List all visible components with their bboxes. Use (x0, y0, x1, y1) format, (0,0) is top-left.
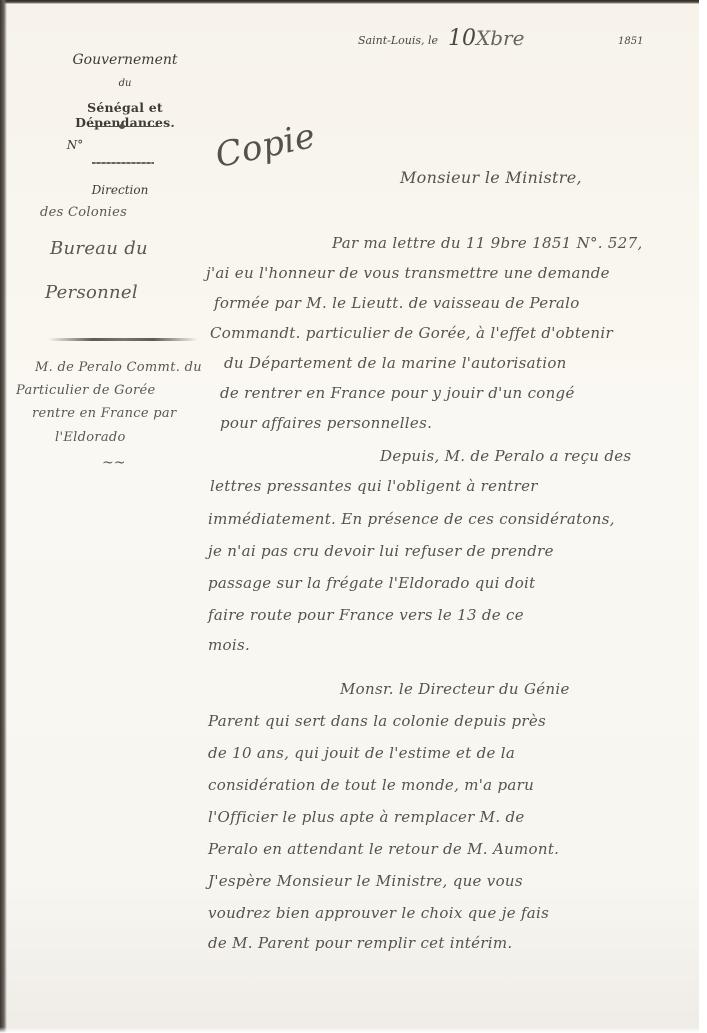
place: Saint-Louis, le (358, 34, 438, 47)
letterhead-du: du (100, 78, 150, 89)
letterhead-ornament-rule (88, 126, 158, 127)
body-line: Monsr. le Directeur du Génie (340, 680, 570, 698)
letterhead-number-label: N° (60, 138, 90, 152)
body-line: J'espère Monsieur le Ministre, que vous (208, 872, 523, 890)
salutation: Monsieur le Ministre, (400, 168, 582, 187)
body-line: de M. Parent pour remplir cet intérim. (208, 934, 512, 952)
body-line: de 10 ans, qui jouit de l'estime et de l… (208, 744, 515, 762)
margin-end-mark: ~~ (102, 455, 125, 471)
margin-flourish (48, 338, 198, 341)
body-line: Par ma lettre du 11 9bre 1851 N°. 527, (332, 234, 643, 252)
body-line: Parent qui sert dans la colonie depuis p… (208, 712, 546, 730)
margin-bureau-line2: Personnel (45, 282, 138, 303)
body-line: considération de tout le monde, m'a paru (208, 776, 534, 794)
letterhead-direction: Direction (70, 183, 170, 197)
body-line: lettres pressantes qui l'obligent à rent… (210, 477, 538, 495)
body-line: formée par M. le Lieutt. de vaisseau de … (214, 294, 580, 312)
body-line: faire route pour France vers le 13 de ce (208, 606, 524, 624)
letterhead-government: Gouvernement (70, 52, 180, 68)
date-year: 1851 (618, 36, 643, 47)
body-line: immédiatement. En présence de ces consid… (208, 510, 615, 528)
body-line: j'ai eu l'honneur de vous transmettre un… (206, 264, 610, 282)
body-line: passage sur la frégate l'Eldorado qui do… (208, 574, 535, 592)
margin-summary-4: l'Eldorado (55, 430, 126, 445)
scan-bottom-edge (0, 1027, 707, 1033)
letterhead-number-rule (92, 162, 154, 164)
body-line: du Département de la marine l'autorisati… (224, 354, 567, 372)
date-day: 10 (448, 26, 476, 51)
body-line: Depuis, M. de Peralo a reçu des (380, 447, 631, 465)
body-line: mois. (208, 636, 250, 654)
margin-summary-3: rentre en France par (32, 406, 177, 421)
margin-summary-2: Particulier de Gorée (16, 383, 155, 398)
body-line: de rentrer en France pour y jouir d'un c… (220, 384, 575, 402)
body-line: je n'ai pas cru devoir lui refuser de pr… (208, 542, 554, 560)
margin-summary-1: M. de Peralo Commt. du (35, 360, 202, 375)
copy-mark: Copie (212, 116, 319, 176)
body-line: Peralo en attendant le retour de M. Aumo… (208, 840, 559, 858)
margin-direction-line: des Colonies (40, 205, 127, 220)
margin-bureau-line1: Bureau du (50, 238, 148, 259)
date-month: Xbre (476, 26, 524, 50)
scan-right-margin (699, 0, 707, 1033)
letter-page: Gouvernement du Sénégal et Dépendances. … (0, 0, 707, 1033)
scan-left-edge (0, 0, 7, 1033)
scan-top-edge (0, 0, 700, 4)
body-line: l'Officier le plus apte à remplacer M. d… (208, 808, 525, 826)
body-line: Commandt. particulier de Gorée, à l'effe… (210, 324, 613, 342)
body-line: voudrez bien approuver le choix que je f… (208, 904, 549, 922)
body-line: pour affaires personnelles. (220, 414, 432, 432)
